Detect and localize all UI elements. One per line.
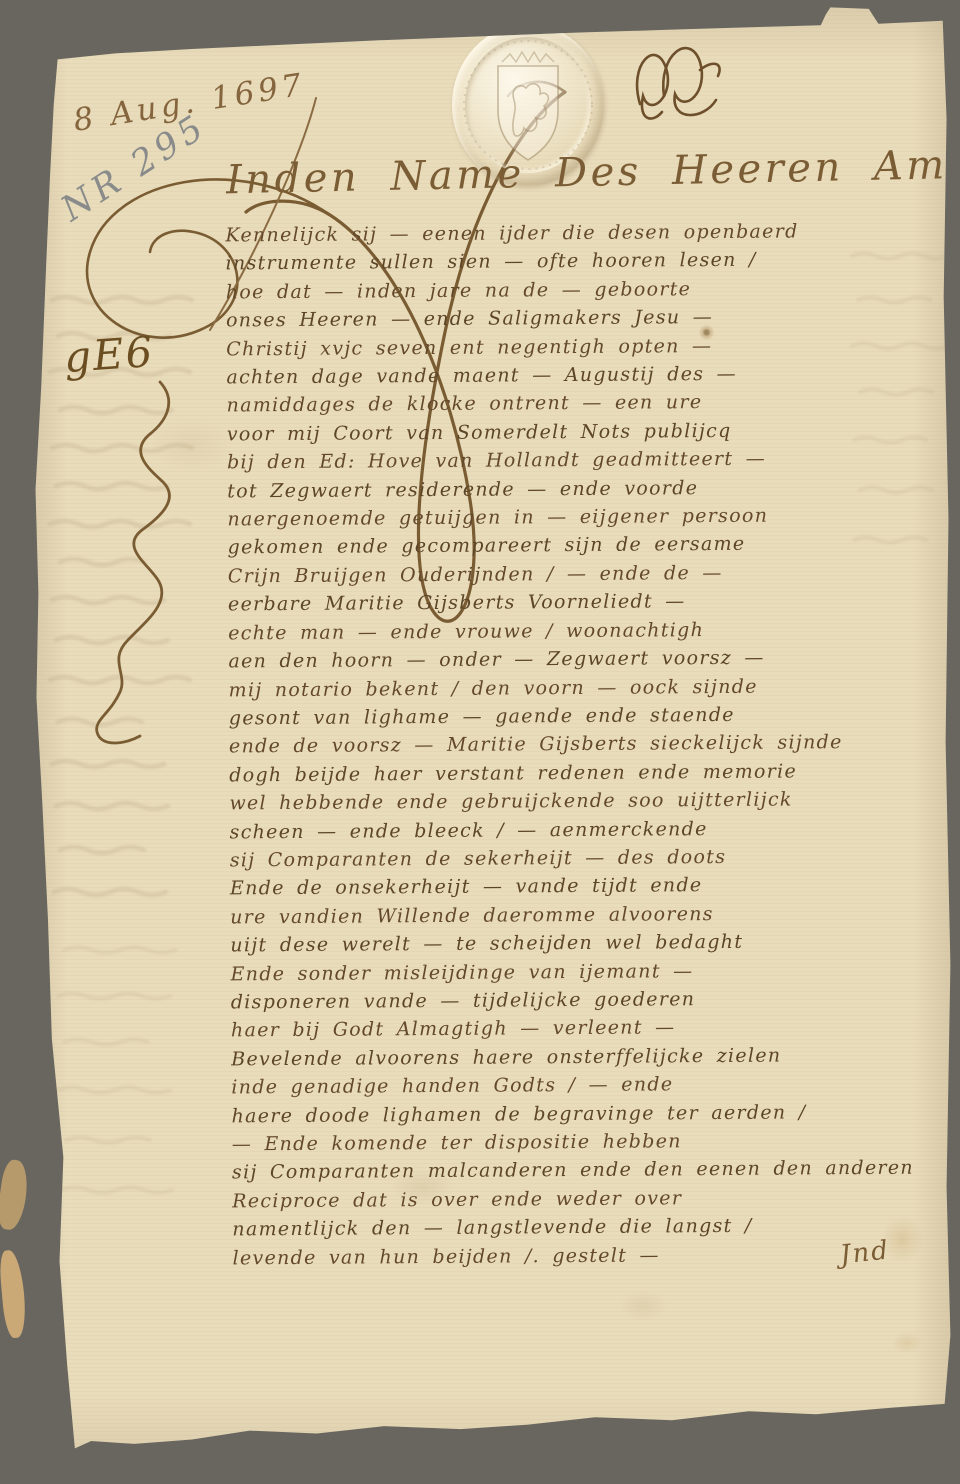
manuscript-line: sij Comparanten malcanderen ende den een… bbox=[232, 1154, 922, 1187]
manuscript-line: ende de voorsz — Maritie Gijsberts sieck… bbox=[229, 728, 919, 761]
margin-mark: gE6 bbox=[62, 327, 155, 382]
manuscript-line: levende van hun beijden /. gestelt — bbox=[232, 1239, 922, 1272]
document-heading: Inden Name Des Heeren Amen bbox=[226, 143, 927, 204]
ink-paraph bbox=[637, 48, 720, 118]
catchword: Jnd bbox=[839, 1235, 892, 1270]
paper-sheet: 8 Aug. 1697 NR 295 gE6 Inden Name Des He… bbox=[0, 0, 960, 1484]
scan-background: 8 Aug. 1697 NR 295 gE6 Inden Name Des He… bbox=[0, 0, 960, 1484]
ink-bleedthrough bbox=[50, 297, 192, 895]
underlying-page-edge bbox=[0, 1249, 28, 1339]
underlying-page-edge bbox=[0, 1159, 31, 1232]
margin-flourish-wavy-line bbox=[97, 382, 170, 743]
manuscript-body: Kennelijck sij — eenen ijder die desen o… bbox=[225, 217, 922, 1273]
